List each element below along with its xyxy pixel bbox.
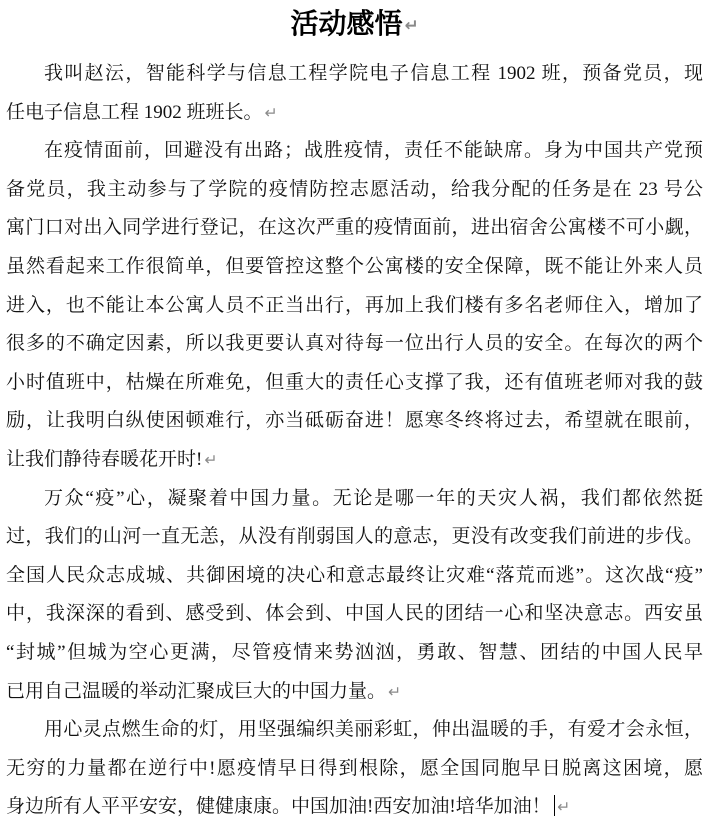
text-line[interactable]: 过，我们的山河一直无恙，从没有削弱国人的意志，更没有改变我们前进的步伐。 [6,518,703,557]
title-text: 活动感悟 [290,9,402,40]
text-line[interactable]: 让我们静待春暖花开时!↵ [6,441,703,480]
text-line[interactable]: 虽然看起来工作很简单，但要管控这整个公寓楼的安全保障，既不能让外来人员 [6,248,703,287]
paragraph: 我叫赵沄，智能科学与信息工程学院电子信息工程 1902 班，预备党员，现任电子信… [6,55,703,132]
text-line[interactable]: 我叫赵沄，智能科学与信息工程学院电子信息工程 1902 班，预备党员，现 [6,55,703,94]
text-line[interactable]: 很多的不确定因素，所以我更要认真对待每一位出行人员的安全。在每次的两个 [6,325,703,364]
paragraph-mark: ↵ [204,451,217,469]
text-line[interactable]: 用心灵点燃生命的灯，用坚强编织美丽彩虹，伸出温暖的手，有爱才会永恒， [6,711,703,750]
text-line[interactable]: 备党员，我主动参与了学院的疫情防控志愿活动，给我分配的任务是在 23 号公 [6,171,703,210]
text-line[interactable]: 已用自己温暖的举动汇聚成巨大的中国力量。↵ [6,673,703,712]
text-line[interactable]: 小时值班中，枯燥在所难免，但重大的责任心支撑了我，还有值班老师对我的鼓 [6,364,703,403]
paragraph-mark: ↵ [265,104,278,122]
text-line[interactable]: 在疫情面前，回避没有出路；战胜疫情，责任不能缺席。身为中国共产党预 [6,132,703,171]
text-line[interactable]: 万众“疫”心，凝聚着中国力量。无论是哪一年的天灾人祸，我们都依然挺 [6,480,703,519]
text-line[interactable]: “封城”但城为空心更满，尽管疫情来势汹汹，勇敢、智慧、团结的中国人民早 [6,634,703,673]
text-line[interactable]: 身边所有人平平安安，健健康康。中国加油!西安加油!培华加油！↵ [6,788,703,823]
text-line[interactable]: 寓门口对出入同学进行登记，在这次严重的疫情面前，进出宿舍公寓楼不可小觑， [6,209,703,248]
paragraph: 在疫情面前，回避没有出路；战胜疫情，责任不能缺席。身为中国共产党预备党员，我主动… [6,132,703,479]
document-title: 活动感悟↵ [6,0,703,42]
document-page[interactable]: 活动感悟↵ 我叫赵沄，智能科学与信息工程学院电子信息工程 1902 班，预备党员… [0,0,709,823]
paragraph-mark: ↵ [557,798,570,816]
text-line[interactable]: 任电子信息工程 1902 班班长。↵ [6,94,703,133]
paragraph-mark: ↵ [388,683,401,701]
text-line[interactable]: 中，我深深的看到、感受到、体会到、中国人民的团结一心和坚决意志。西安虽 [6,595,703,634]
text-line[interactable]: 全国人民众志成城、共御困境的决心和意志最终让灾难“落荒而逃”。这次战“疫” [6,557,703,596]
text-line[interactable]: 进入，也不能让本公寓人员不正当出行，再加上我们楼有多名老师住入，增加了 [6,287,703,326]
paragraph: 用心灵点燃生命的灯，用坚强编织美丽彩虹，伸出温暖的手，有爱才会永恒，无穷的力量都… [6,711,703,823]
paragraph: 万众“疫”心，凝聚着中国力量。无论是哪一年的天灾人祸，我们都依然挺过，我们的山河… [6,480,703,712]
text-line[interactable]: 励，让我明白纵使困顿难行，亦当砥砺奋进！愿寒冬终将过去，希望就在眼前， [6,402,703,441]
document-body[interactable]: 我叫赵沄，智能科学与信息工程学院电子信息工程 1902 班，预备党员，现任电子信… [6,55,703,823]
paragraph-mark: ↵ [404,15,418,35]
text-cursor [554,795,556,816]
text-line[interactable]: 无穷的力量都在逆行中!愿疫情早日得到根除，愿全国同胞早日脱离这困境，愿 [6,750,703,789]
